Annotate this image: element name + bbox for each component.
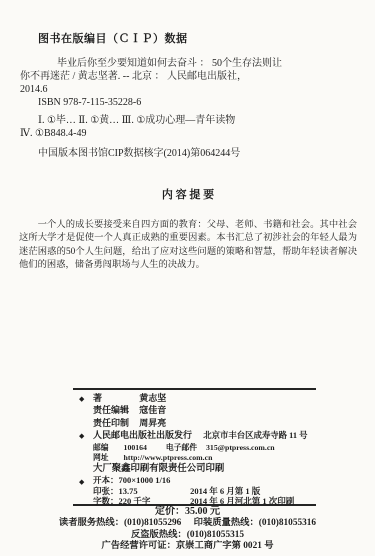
- author-row: ◆ 著 黄志坚: [73, 392, 316, 404]
- colophon-block: ◆ 著 黄志坚 责任编辑 寇佳音 责任印制 周昇亮 ◆ 人民邮电出版社出版发行 …: [73, 388, 316, 506]
- cip-block: 图书在版编目（ＣＩＰ）数据 毕业后你至少要知道如何去奋斗 ： 50个生存法则让 …: [20, 33, 362, 160]
- cip-record-number: 中国版本图书馆CIP数据核字(2014)第064244号: [20, 147, 362, 160]
- postcode-email-row: 邮编 100164 电子邮件 315@ptpress.com.cn: [73, 443, 316, 454]
- hotlines-row: 读者服务热线：(010)81055296 印装质量热线：(010)8105531…: [0, 518, 375, 530]
- book-copyright-page: 图书在版编目（ＣＩＰ）数据 毕业后你至少要知道如何去奋斗 ： 50个生存法则让 …: [0, 0, 375, 556]
- isbn-line: ISBN 978-7-115-35228-6: [20, 96, 362, 109]
- antipiracy-hotline: 反盗版热线：(010)81055315: [0, 530, 375, 542]
- content-summary-heading: 内 容 提 要: [19, 186, 357, 202]
- publisher-name: 人民邮电出版社出版发行: [93, 430, 192, 440]
- editor-row: 责任编辑 寇佳音: [73, 404, 316, 416]
- print-supervisor-row: 责任印制 周昇亮: [73, 417, 316, 429]
- content-summary-section: 内 容 提 要 一个人的成长要接受来自四方面的教育：父母、老师、书籍和社会。其中…: [19, 186, 357, 272]
- sheets-value: 印张：13.75: [93, 486, 188, 496]
- cip-author-publisher-line: 你不再迷茫 / 黄志坚著. -- 北京 ： 人民邮电出版社，: [20, 70, 362, 83]
- print-supervisor-name: 周昇亮: [139, 418, 166, 428]
- reader-hotline: 读者服务热线：(010)81055296: [59, 518, 181, 528]
- format-value: 开本：700×1000 1/16: [93, 475, 170, 485]
- website-label: 网址: [93, 453, 109, 462]
- diamond-bullet-icon: ◆: [79, 430, 84, 442]
- author-label: 著: [93, 392, 137, 404]
- publisher-row: ◆ 人民邮电出版社出版发行 北京市丰台区成寿寺路 11 号: [73, 429, 316, 442]
- cip-pubdate-line: 2014.6: [20, 83, 362, 96]
- sheets-edition-row: 印张：13.75 2014 年 6 月第 1 版: [73, 486, 316, 496]
- postcode-label: 邮编: [93, 443, 109, 452]
- content-summary-paragraph: 一个人的成长要接受来自四方面的教育：父母、老师、书籍和社会。其中社会这所大学才是…: [19, 219, 357, 272]
- editor-label: 责任编辑: [93, 404, 137, 416]
- email-label: 电子邮件: [166, 443, 197, 452]
- cip-book-title-line: 毕业后你至少要知道如何去奋斗 ： 50个生存法则让: [20, 57, 362, 70]
- author-name: 黄志坚: [139, 393, 166, 403]
- price-line: 定价：35.00 元: [0, 505, 375, 518]
- edition-value: 2014 年 6 月第 1 版: [190, 486, 260, 496]
- cip-classification-line-2: Ⅳ. ①B848.4-49: [20, 127, 362, 140]
- printing-company: 大厂聚鑫印刷有限责任公司印刷: [93, 464, 224, 474]
- ad-license-line: 广告经营许可证：京崇工商广字第 0021 号: [0, 541, 375, 553]
- printing-company-row: 大厂聚鑫印刷有限责任公司印刷: [73, 464, 316, 476]
- cip-classification-line-1: Ⅰ. ①毕… Ⅱ. ①黄… Ⅲ. ①成功心理—青年读物: [20, 114, 362, 127]
- cip-title: 图书在版编目（ＣＩＰ）数据: [20, 33, 362, 46]
- email-value: 315@ptpress.com.cn: [206, 443, 275, 452]
- website-value: http://www.ptpress.com.cn: [124, 453, 213, 462]
- format-row: ◆ 开本：700×1000 1/16: [73, 475, 316, 486]
- quality-hotline: 印装质量热线：(010)81055316: [194, 518, 316, 528]
- editor-name: 寇佳音: [139, 405, 166, 415]
- print-supervisor-label: 责任印制: [93, 417, 137, 429]
- publisher-address: 北京市丰台区成寿寺路 11 号: [203, 431, 307, 440]
- postcode-value: 100164: [124, 443, 147, 452]
- website-row: 网址 http://www.ptpress.com.cn: [73, 453, 316, 464]
- footer-block: 定价：35.00 元 读者服务热线：(010)81055296 印装质量热线：(…: [0, 505, 375, 553]
